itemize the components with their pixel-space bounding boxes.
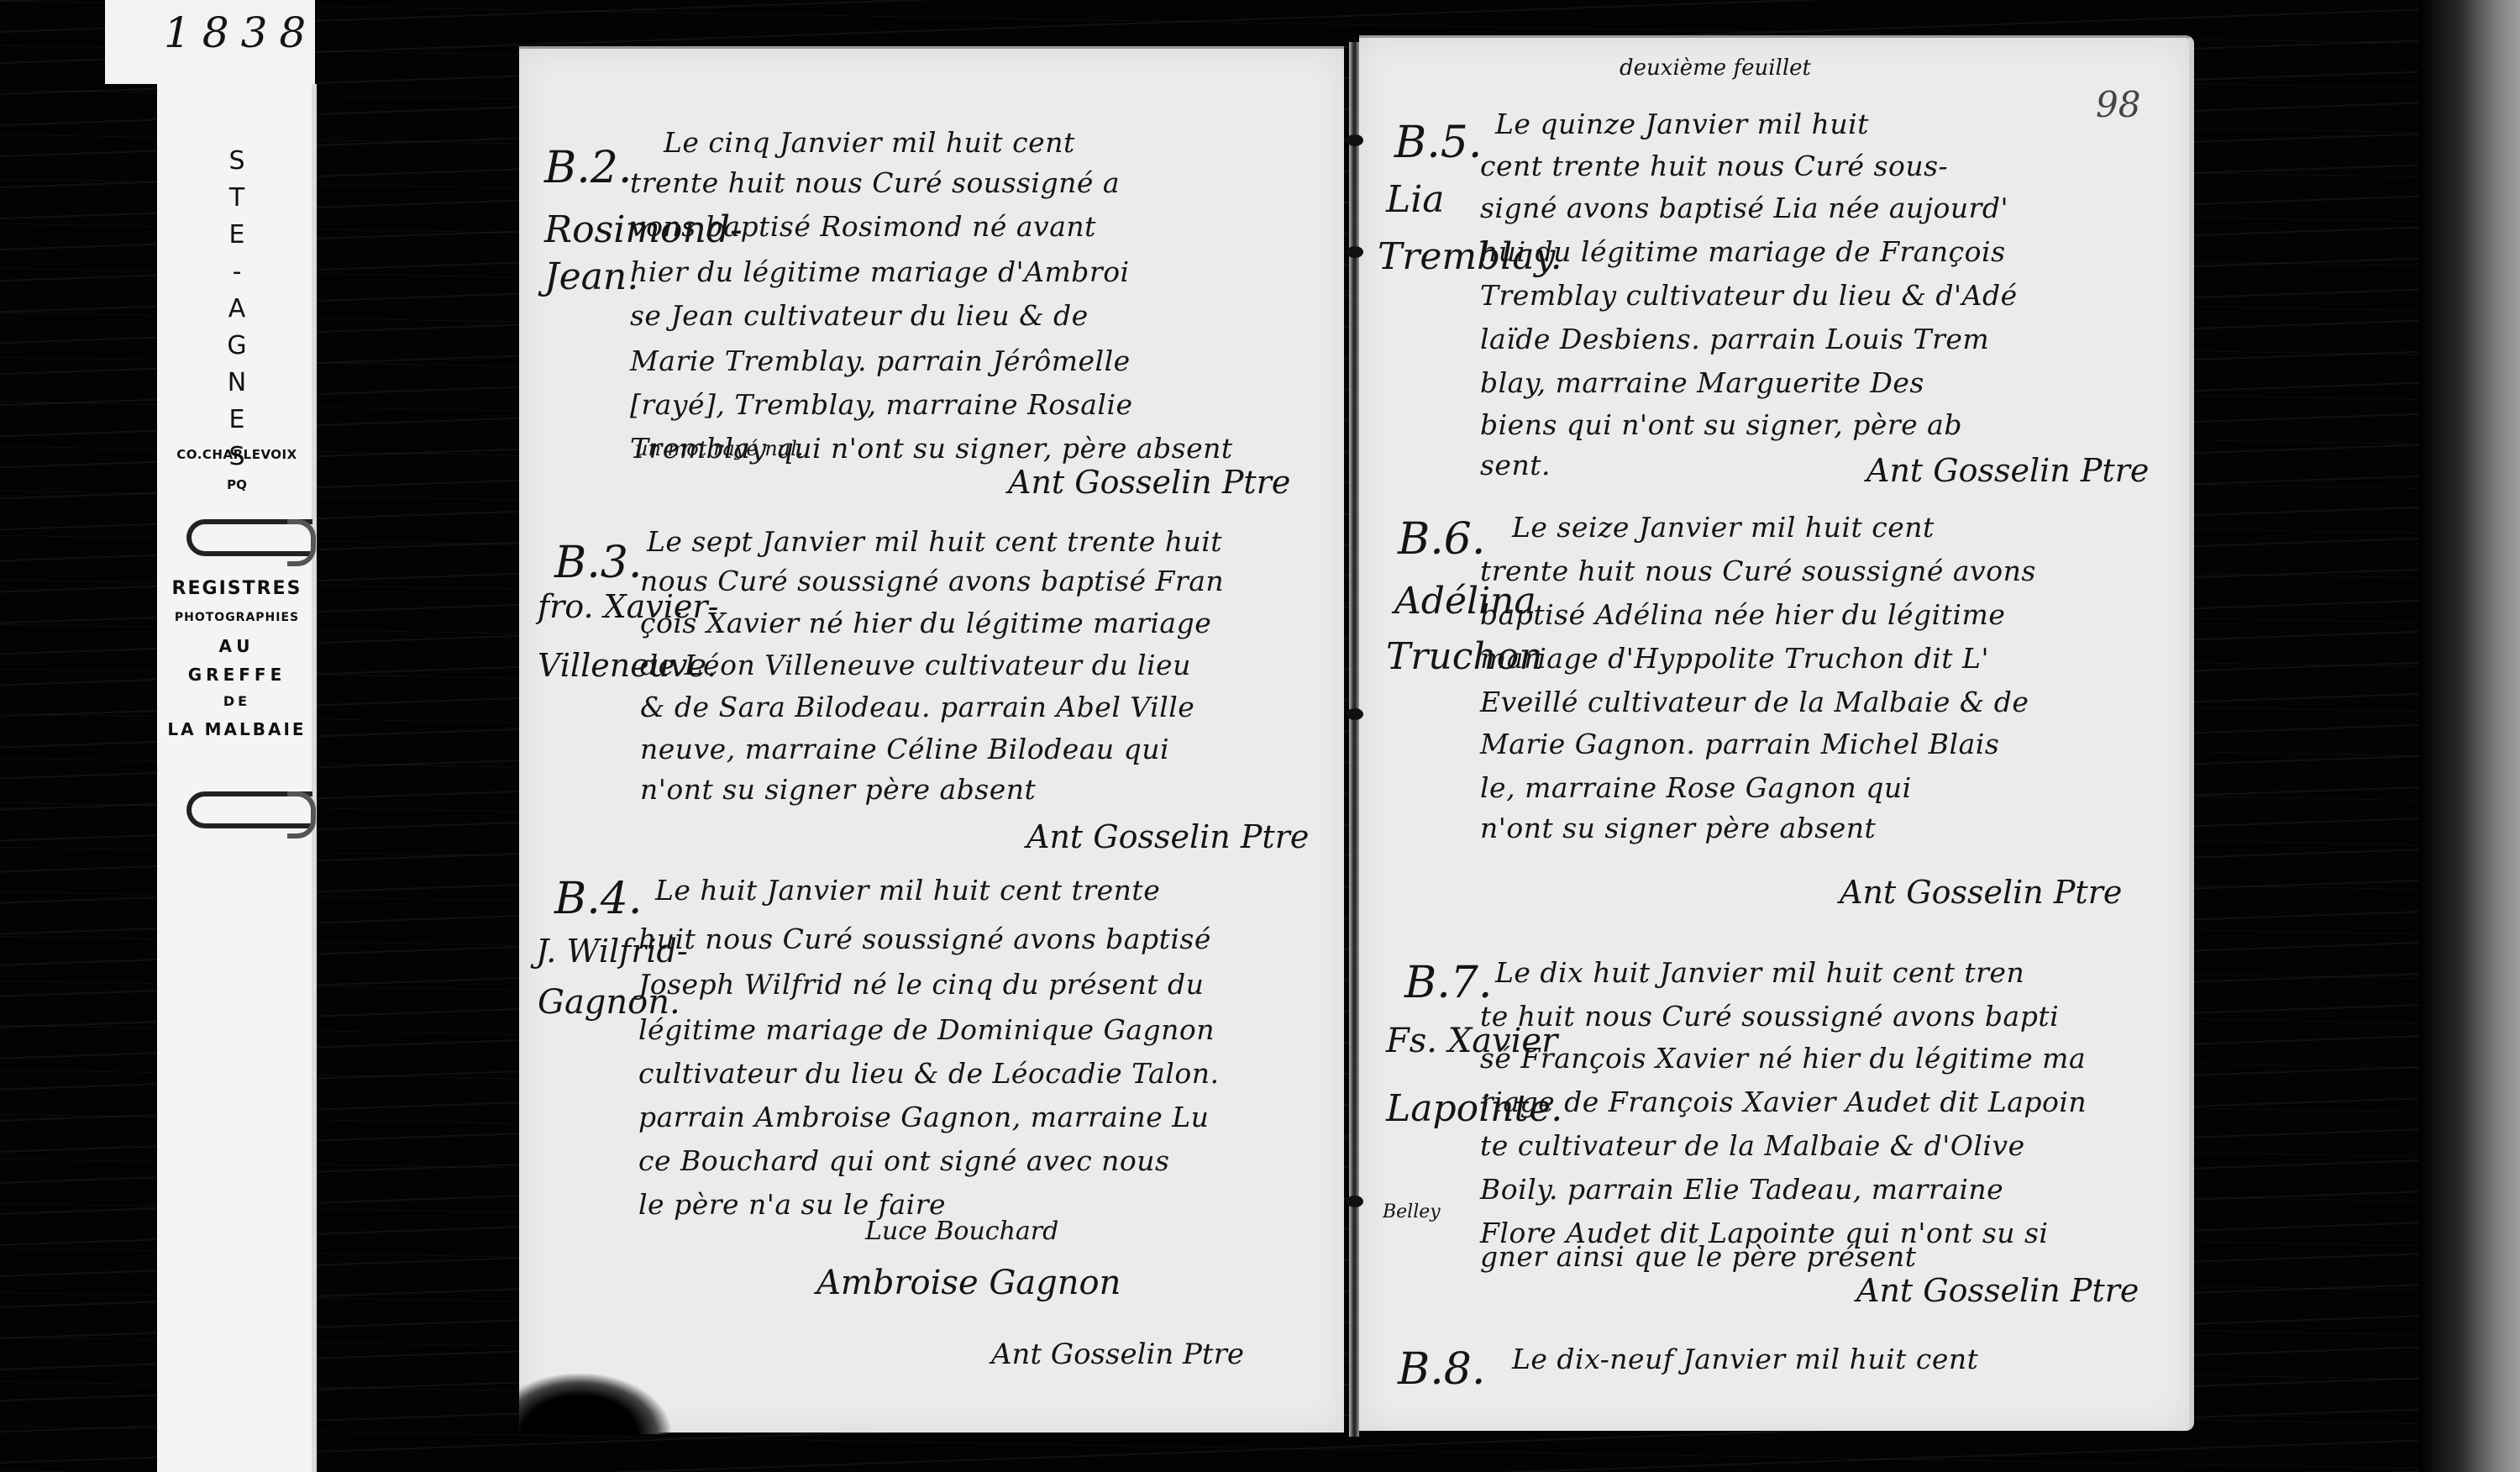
parish-letter: A	[228, 291, 246, 328]
record-line: sent.	[1480, 449, 1551, 481]
record-line: Le dix huit Janvier mil huit cent tren	[1495, 956, 2024, 989]
margin-annotation: Belley	[1383, 1201, 1441, 1222]
record-line: & de Sara Bilodeau. parrain Abel Ville	[640, 691, 1194, 723]
record-line: Boily. parrain Elie Tadeau, marraine	[1480, 1173, 2003, 1206]
record-line: n'ont su signer père absent	[1480, 812, 1876, 844]
register-year: 1838	[164, 8, 318, 57]
entry-id: B.2.	[544, 143, 632, 193]
entry-id: B.4.	[554, 874, 642, 924]
record-line: légitime mariage de Dominique Gagnon	[638, 1013, 1215, 1046]
record-line: parrain Ambroise Gagnon, marraine Lu	[638, 1101, 1209, 1133]
paper-clip-icon	[186, 791, 312, 828]
record-line: Tremblay cultivateur du lieu & d'Adé	[1480, 279, 2018, 312]
record-line: gner ainsi que le père présent	[1480, 1240, 1916, 1273]
record-line: de Léon Villeneuve cultivateur du lieu	[640, 649, 1191, 681]
entry-id: B.6.	[1398, 514, 1485, 565]
priest-signature: Ant Gosselin Ptre	[991, 1338, 1244, 1371]
entry-id: B.7.	[1404, 958, 1492, 1008]
record-line: n'ont su signer père absent	[640, 773, 1036, 806]
record-line: ce Bouchard qui ont signé avec nous	[638, 1144, 1169, 1177]
record-line: riage de François Xavier Audet dit Lapoi…	[1480, 1086, 2087, 1118]
folio-header-note: deuxième feuillet	[1620, 55, 1811, 81]
erasure-note: un mot rayé nul.	[635, 437, 803, 460]
record-line: Le cinq Janvier mil huit cent	[664, 126, 1075, 159]
priest-signature: Ant Gosselin Ptre	[1866, 452, 2149, 489]
margin-name: Jean.	[544, 255, 638, 298]
record-line: nous Curé soussigné avons baptisé Fran	[640, 565, 1224, 597]
record-line: sé François Xavier né hier du légitime m…	[1480, 1042, 2086, 1075]
paper-clip-icon	[186, 519, 312, 556]
record-line: Le seize Janvier mil huit cent	[1512, 511, 1935, 544]
witness-signature: Ambroise Gagnon	[816, 1264, 1121, 1302]
record-line: se Jean cultivateur du lieu & de	[630, 299, 1089, 332]
record-line: neuve, marraine Céline Bilodeau qui	[640, 733, 1169, 765]
record-line: le, marraine Rose Gagnon qui	[1480, 771, 1912, 804]
record-line: [rayé], Tremblay, marraine Rosalie	[630, 388, 1133, 421]
binding-stitch-icon	[1347, 134, 1363, 146]
record-line: baptisé Adélina née hier du légitime	[1480, 598, 2005, 631]
binding-stitch-icon	[1347, 1196, 1363, 1207]
film-label-strip: S T E - A G N E S CO.CHARLEVOIX PQ	[157, 84, 317, 1472]
record-line: mariage d'Hyppolite Truchon dit L'	[1480, 642, 1989, 675]
record-line: Marie Gagnon. parrain Michel Blais	[1480, 728, 1999, 760]
parish-letter: T	[229, 180, 244, 217]
registry-label: REGISTRES PHOTOGRAPHIES AU GREFFE DE LA …	[157, 578, 317, 739]
margin-name: Lia	[1386, 178, 1445, 221]
parish-name: S T E - A G N E S	[157, 143, 317, 476]
parish-letter: -	[233, 254, 242, 291]
record-line: te huit nous Curé soussigné avons bapti	[1480, 1000, 2059, 1033]
record-line: çois Xavier né hier du légitime mariage	[640, 607, 1211, 639]
record-line: blay, marraine Marguerite Des	[1480, 366, 1924, 399]
entry-id: B.8.	[1398, 1344, 1485, 1395]
registry-line: DE	[223, 693, 250, 709]
binding-stitch-icon	[1347, 246, 1363, 258]
binding-stitch-icon	[1347, 708, 1363, 720]
entry-id: B.3.	[554, 538, 642, 588]
thumb-shadow	[519, 1374, 670, 1434]
record-line: Le huit Janvier mil huit cent trente	[655, 874, 1160, 907]
record-line: Le sept Janvier mil huit cent trente hui…	[647, 525, 1222, 558]
record-line: vons baptisé Rosimond né avant	[630, 210, 1096, 243]
record-line: laïde Desbiens. parrain Louis Trem	[1480, 323, 1989, 355]
registry-line: PHOTOGRAPHIES	[175, 611, 299, 624]
film-edge-fade	[2419, 0, 2520, 1472]
record-line: hier du légitime mariage d'Ambroi	[630, 255, 1130, 288]
parish-letter: E	[229, 402, 245, 439]
registry-line: REGISTRES	[172, 578, 302, 599]
folio-number: 98	[2096, 84, 2140, 125]
record-line: Le quinze Janvier mil huit	[1495, 108, 1869, 140]
record-line: biens qui n'ont su signer, père ab	[1480, 408, 1962, 441]
county-label: CO.CHARLEVOIX	[157, 447, 317, 462]
priest-signature: Ant Gosselin Ptre	[1008, 464, 1290, 501]
priest-signature: Ant Gosselin Ptre	[1856, 1272, 2139, 1309]
record-line: Joseph Wilfrid né le cinq du présent du	[638, 968, 1204, 1001]
record-line: te cultivateur de la Malbaie & d'Olive	[1480, 1129, 2025, 1162]
record-line: trente huit nous Curé soussigné a	[630, 166, 1120, 199]
witness-signature: Luce Bouchard	[865, 1217, 1058, 1246]
record-line: cent trente huit nous Curé sous-	[1480, 150, 1948, 182]
registry-line: GREFFE	[188, 665, 286, 685]
registry-line: LA MALBAIE	[167, 719, 306, 739]
record-line: Eveillé cultivateur de la Malbaie & de	[1480, 686, 2029, 718]
registry-line: AU	[218, 636, 255, 656]
record-line: trente huit nous Curé soussigné avons	[1480, 555, 2036, 587]
priest-signature: Ant Gosselin Ptre	[1026, 818, 1309, 855]
record-line: Marie Tremblay. parrain Jérômelle	[630, 344, 1131, 377]
record-line: signé avons baptisé Lia née aujourd'	[1480, 192, 2008, 224]
parish-letter: G	[227, 328, 246, 365]
parish-letter: S	[228, 143, 244, 180]
record-line: Le dix-neuf Janvier mil huit cent	[1512, 1343, 1978, 1375]
parish-letter: N	[228, 365, 246, 402]
priest-signature: Ant Gosselin Ptre	[1840, 874, 2122, 911]
record-line: huit nous Curé soussigné avons baptisé	[638, 923, 1211, 955]
record-line: cultivateur du lieu & de Léocadie Talon.	[638, 1057, 1219, 1090]
record-line: hui du légitime mariage de François	[1480, 235, 2006, 268]
parish-letter: E	[229, 217, 245, 254]
entry-id: B.5.	[1394, 118, 1482, 168]
province-label: PQ	[157, 477, 317, 492]
